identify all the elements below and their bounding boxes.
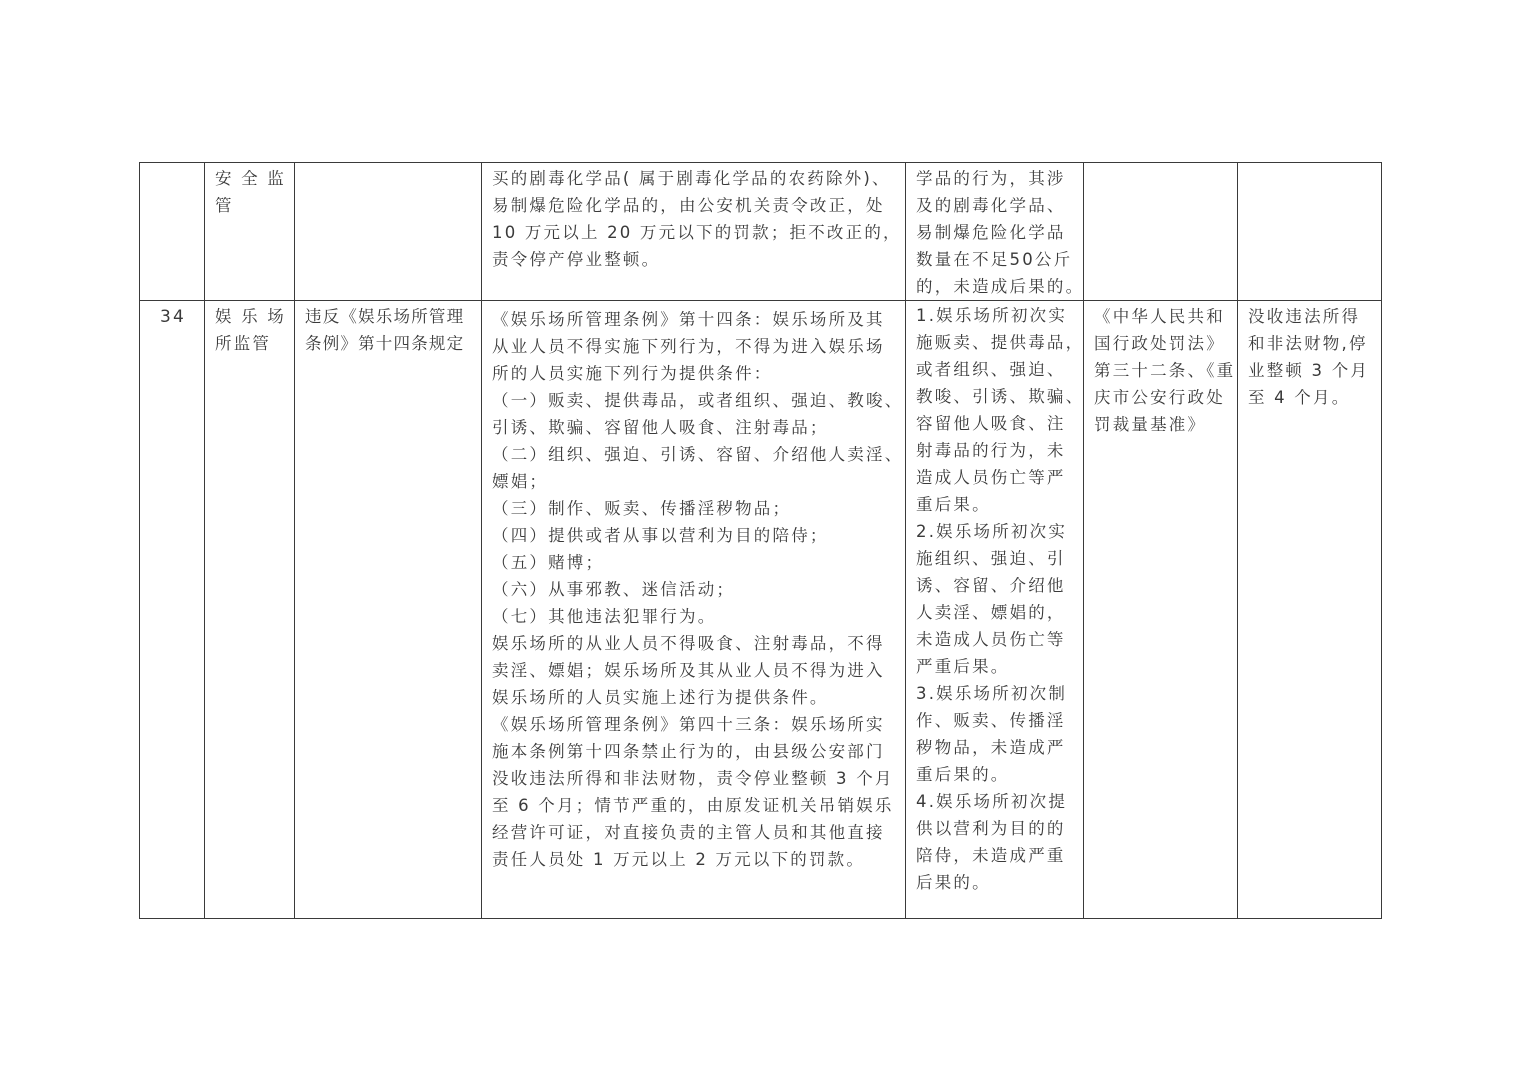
text-line: 3.娱乐场所初次制 (916, 680, 1075, 707)
text-line: 及的剧毒化学品、 (916, 192, 1075, 219)
text-line: 施组织、强迫、引 (916, 545, 1075, 572)
text-line: 《中华人民共和 (1094, 303, 1229, 330)
text-line: 的，未造成后果的。 (916, 273, 1075, 300)
text-line: 国行政处罚法》 (1094, 330, 1229, 357)
text-line: 嫖娼； (492, 468, 897, 495)
text-line: 未造成人员伤亡等 (916, 626, 1075, 653)
text-line: 至 6 个月；情节严重的，由原发证机关吊销娱乐 (492, 792, 897, 819)
circumstances-cell: 1.娱乐场所初次实施贩卖、提供毒品，或者组织、强迫、教唆、引诱、欺骗、容留他人吸… (906, 301, 1084, 919)
row-number-cell: 34 (140, 301, 205, 919)
text-line: 没收违法所得和非法财物，责令停业整顿 3 个月 (492, 765, 897, 792)
text-line: 10 万元以上 20 万元以下的罚款；拒不改正的， (492, 219, 897, 246)
text-line: 条例》第十四条规定 (305, 330, 473, 357)
text-line: 重后果的。 (916, 761, 1075, 788)
row-number: 34 (160, 307, 186, 327)
circumstances-cell: 学品的行为，其涉及的剧毒化学品、易制爆危险化学品数量在不足50公斤的，未造成后果… (906, 163, 1084, 301)
text-line: 和非法财物,停 (1248, 330, 1373, 357)
text-line: 射毒品的行为，未 (916, 437, 1075, 464)
text-line: 容留他人吸食、注 (916, 410, 1075, 437)
text-line: 庆市公安行政处 (1094, 384, 1229, 411)
text-line: （一）贩卖、提供毒品，或者组织、强迫、教唆、 (492, 387, 897, 414)
text-line: 经营许可证，对直接负责的主管人员和其他直接 (492, 819, 897, 846)
text-line: 至 4 个月。 (1248, 384, 1373, 411)
text-line: 易制爆危险化学品的，由公安机关责令改正，处 (492, 192, 897, 219)
text-line: 娱乐场所的人员实施上述行为提供条件。 (492, 684, 897, 711)
text-line: 陪侍，未造成严重 (916, 842, 1075, 869)
text-line: 重后果。 (916, 491, 1075, 518)
text-line: 业整顿 3 个月 (1248, 357, 1373, 384)
text-line: 施贩卖、提供毒品， (916, 329, 1075, 356)
text-line: 引诱、欺骗、容留他人吸食、注射毒品； (492, 414, 897, 441)
text-line: 管 (215, 192, 286, 219)
legal-basis-cell: 《娱乐场所管理条例》第十四条：娱乐场所及其从业人员不得实施下列行为，不得为进入娱… (482, 301, 906, 919)
text-line: （四）提供或者从事以营利为目的陪侍； (492, 522, 897, 549)
text-line: 娱乐场所的从业人员不得吸食、注射毒品，不得 (492, 630, 897, 657)
text-line: 供以营利为目的的 (916, 815, 1075, 842)
text-line: 罚裁量基准》 (1094, 411, 1229, 438)
text-line: 《娱乐场所管理条例》第四十三条：娱乐场所实 (492, 711, 897, 738)
violation-cell (295, 163, 482, 301)
text-line: 施本条例第十四条禁止行为的，由县级公安部门 (492, 738, 897, 765)
text-line: 责令停产停业整顿。 (492, 246, 897, 273)
text-line: 人卖淫、嫖娼的， (916, 599, 1075, 626)
row-number-cell (140, 163, 205, 301)
text-line: 4.娱乐场所初次提 (916, 788, 1075, 815)
text-line: 诱、容留、介绍他 (916, 572, 1075, 599)
table-row: 安 全 监管 买的剧毒化学品( 属于剧毒化学品的农药除外)、易制爆危险化学品的，… (140, 163, 1382, 301)
text-line: 责任人员处 1 万元以上 2 万元以下的罚款。 (492, 846, 897, 873)
category-cell: 安 全 监管 (205, 163, 295, 301)
penalty-cell (1238, 163, 1382, 301)
text-line: 造成人员伤亡等严 (916, 464, 1075, 491)
text-line: 第三十二条、《重 (1094, 357, 1229, 384)
discretion-basis-cell (1084, 163, 1238, 301)
text-line: 《娱乐场所管理条例》第十四条：娱乐场所及其 (492, 306, 897, 333)
text-line: 秽物品，未造成严 (916, 734, 1075, 761)
text-line: （三）制作、贩卖、传播淫秽物品； (492, 495, 897, 522)
text-line: 从业人员不得实施下列行为，不得为进入娱乐场 (492, 333, 897, 360)
text-line: 买的剧毒化学品( 属于剧毒化学品的农药除外)、 (492, 165, 897, 192)
discretion-basis-cell: 《中华人民共和国行政处罚法》第三十二条、《重庆市公安行政处罚裁量基准》 (1084, 301, 1238, 919)
text-line: 没收违法所得 (1248, 303, 1373, 330)
text-line: 所的人员实施下列行为提供条件： (492, 360, 897, 387)
document-page: 安 全 监管 买的剧毒化学品( 属于剧毒化学品的农药除外)、易制爆危险化学品的，… (0, 0, 1520, 1074)
text-line: 2.娱乐场所初次实 (916, 518, 1075, 545)
violation-cell: 违反《娱乐场所管理条例》第十四条规定 (295, 301, 482, 919)
table-row: 34 娱 乐 场所监管 违反《娱乐场所管理条例》第十四条规定 《娱乐场所管理条例… (140, 301, 1382, 919)
text-line: （七）其他违法犯罪行为。 (492, 603, 897, 630)
penalty-discretion-table: 安 全 监管 买的剧毒化学品( 属于剧毒化学品的农药除外)、易制爆危险化学品的，… (139, 162, 1382, 919)
text-line: 所监管 (215, 330, 286, 357)
text-line: （二）组织、强迫、引诱、容留、介绍他人卖淫、 (492, 441, 897, 468)
text-line: 后果的。 (916, 869, 1075, 896)
text-line: 卖淫、嫖娼；娱乐场所及其从业人员不得为进入 (492, 657, 897, 684)
legal-basis-cell: 买的剧毒化学品( 属于剧毒化学品的农药除外)、易制爆危险化学品的，由公安机关责令… (482, 163, 906, 301)
text-line: 教唆、引诱、欺骗、 (916, 383, 1075, 410)
text-line: 学品的行为，其涉 (916, 165, 1075, 192)
text-line: 数量在不足50公斤 (916, 246, 1075, 273)
text-line: 严重后果。 (916, 653, 1075, 680)
text-line: 违反《娱乐场所管理 (305, 303, 473, 330)
text-line: 易制爆危险化学品 (916, 219, 1075, 246)
category-cell: 娱 乐 场所监管 (205, 301, 295, 919)
text-line: 作、贩卖、传播淫 (916, 707, 1075, 734)
text-line: 或者组织、强迫、 (916, 356, 1075, 383)
text-line: （五）赌博； (492, 549, 897, 576)
text-line: 安 全 监 (215, 165, 286, 192)
text-line: 1.娱乐场所初次实 (916, 302, 1075, 329)
text-line: （六）从事邪教、迷信活动； (492, 576, 897, 603)
text-line: 娱 乐 场 (215, 303, 286, 330)
penalty-cell: 没收违法所得和非法财物,停业整顿 3 个月至 4 个月。 (1238, 301, 1382, 919)
